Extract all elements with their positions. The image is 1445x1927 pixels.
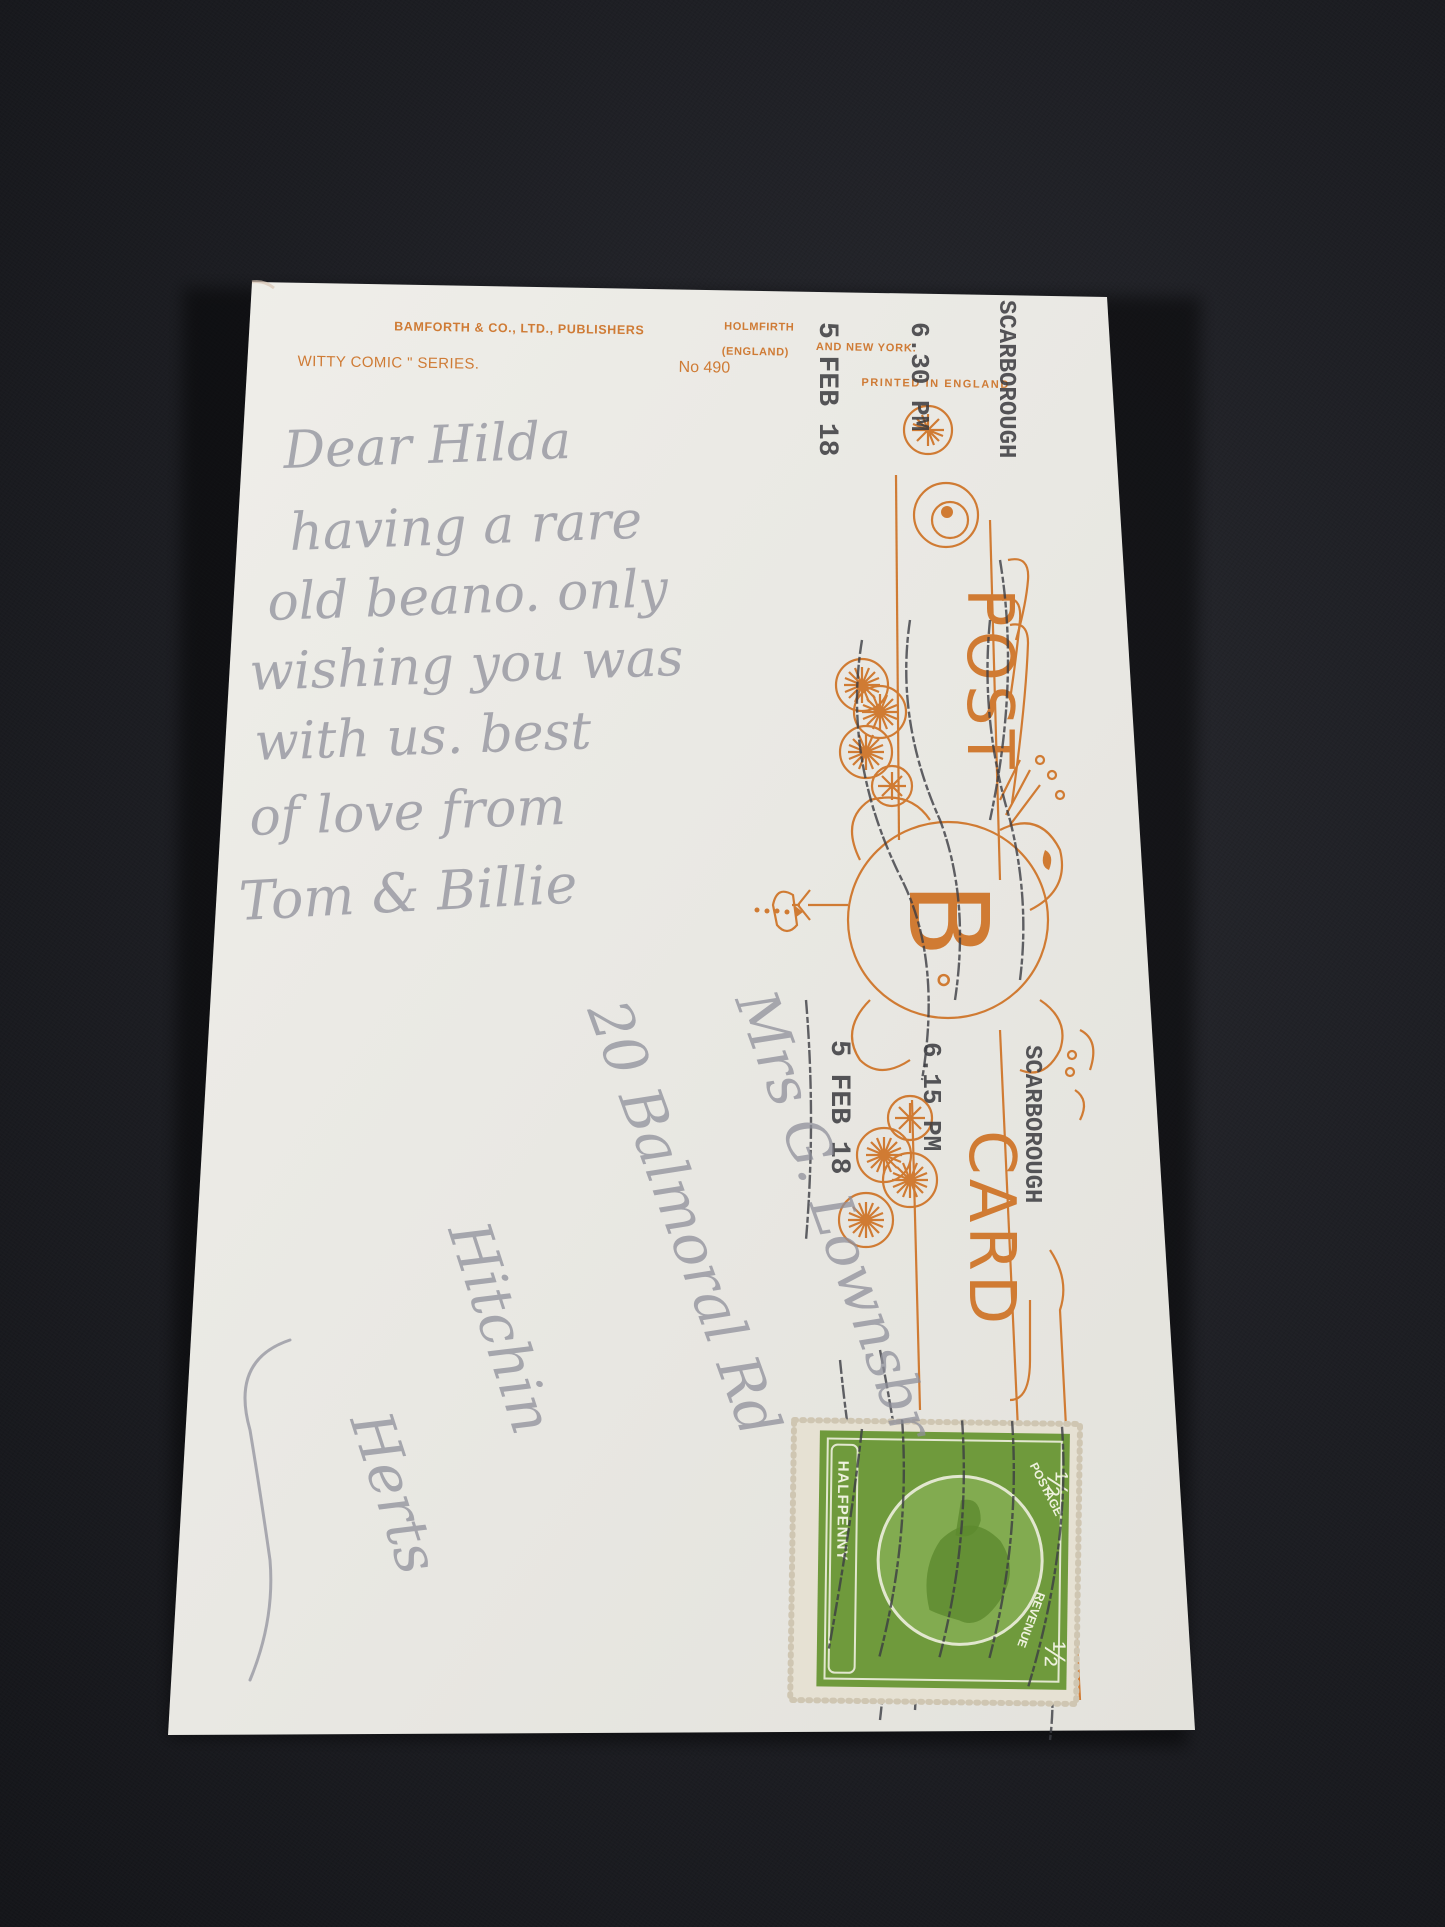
card-shadow	[169, 287, 1201, 1747]
